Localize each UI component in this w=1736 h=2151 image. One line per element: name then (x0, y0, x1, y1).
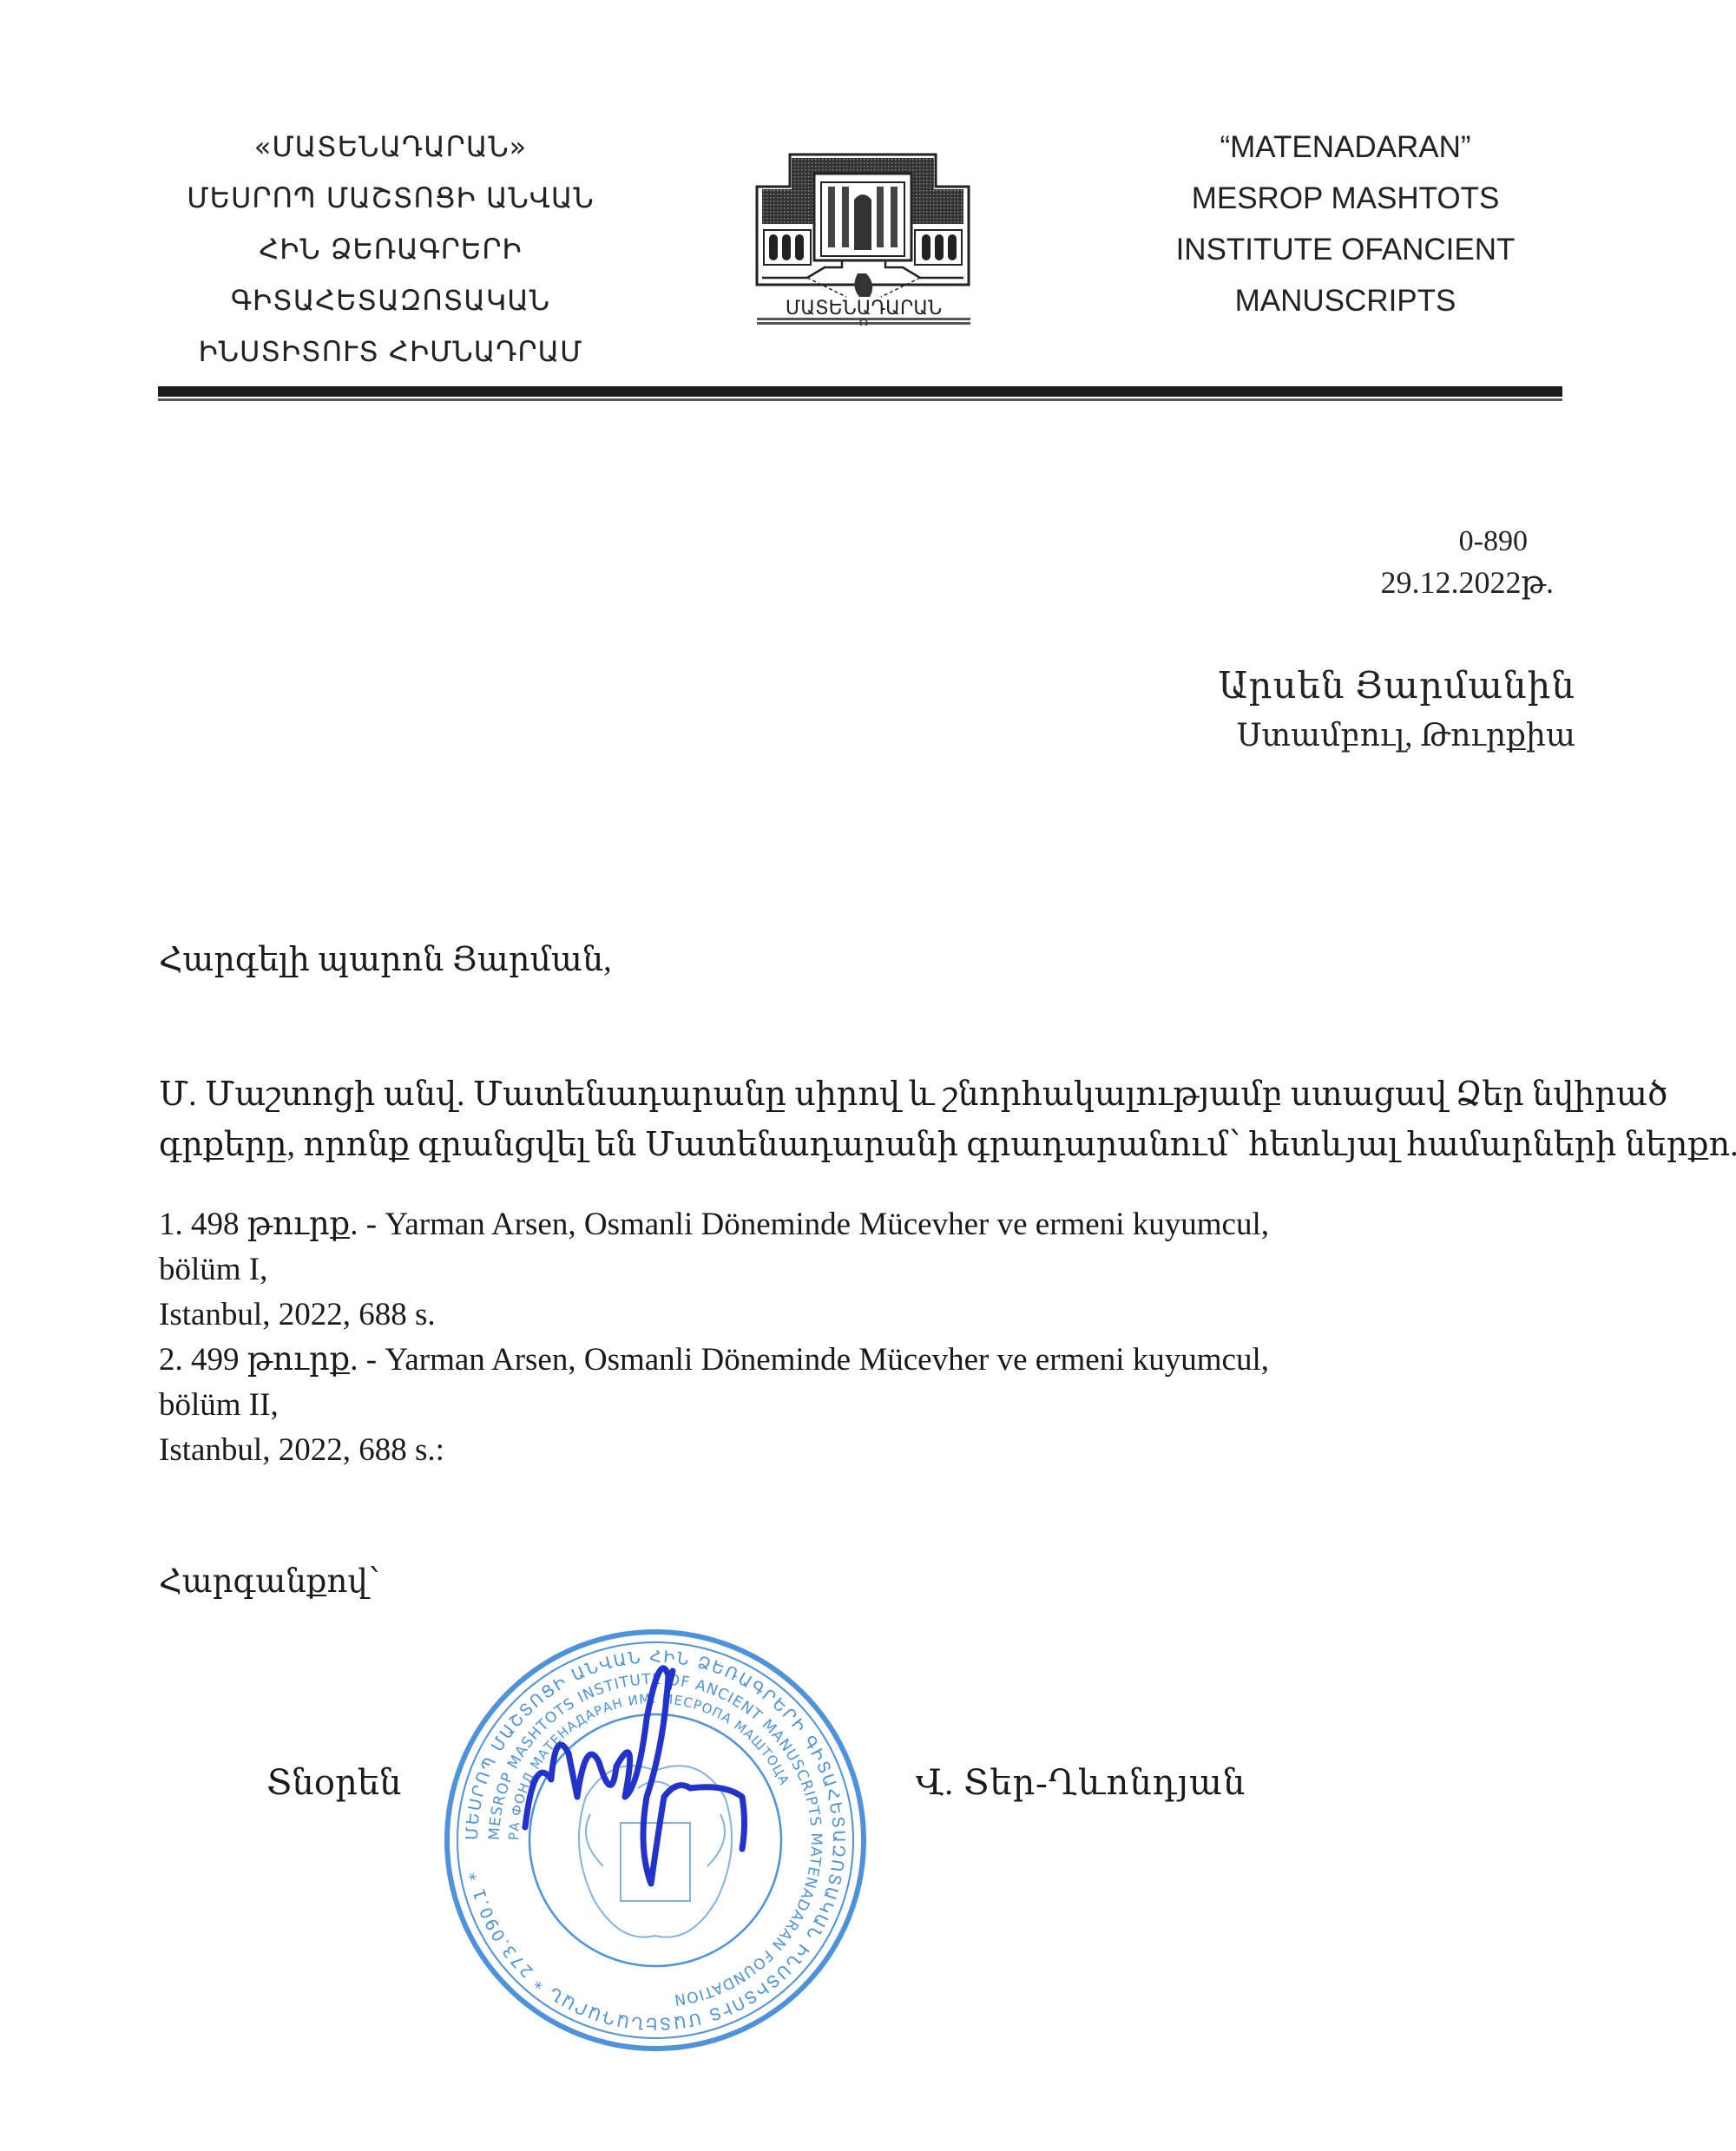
letterhead-armenian-line: ԻՆՍՏԻՏՈՒՏ ՀԻՄՆԱԴՐԱՄ (165, 326, 616, 378)
closing: Հարգանքով՝ (159, 1562, 379, 1601)
letterhead-armenian-line: ՄԵՍՐՈՊ ՄԱՇՏՈՑԻ ԱՆՎԱՆ (165, 173, 616, 224)
body-line: Մ. Մաշտոցի անվ. Մատենադարանը սիրով և շնո… (159, 1069, 1600, 1120)
greeting: Հարգելի պարոն Յարման, (159, 940, 612, 979)
recipient-name: Արսեն Յարմանին (1042, 664, 1575, 707)
letterhead-english-line: MANUSCRIPTS (1128, 275, 1562, 326)
letterhead-english-line: MESROP MASHTOTS (1128, 173, 1562, 224)
book-list: 1. 498 թուրք. - Yarman Arsen, Osmanli Dö… (159, 1202, 1269, 1473)
letterhead-english-line: “MATENADARAN” (1128, 122, 1562, 173)
letterhead-armenian-line: ԳԻՏԱՀԵՏԱԶՈՏԱԿԱՆ (165, 275, 616, 326)
book-item-1-part: bölüm I, (159, 1247, 1269, 1293)
letterhead-english-line: INSTITUTE OFANCIENT (1128, 224, 1562, 275)
recipient-location: Ստամբուլ, Թուրքիա (1042, 717, 1575, 753)
body-paragraph: Մ. Մաշտոցի անվ. Մատենադարանը սիրով և շնո… (159, 1069, 1600, 1170)
letterhead-armenian-line: «ՄԱՏԵՆԱԴԱՐԱՆ» (165, 122, 616, 173)
book-item-2-publication: Istanbul, 2022, 688 s.: (159, 1428, 1269, 1473)
matenadaran-building-icon: ՄԱՏԵՆԱԴԱՐԱՆ (755, 148, 972, 326)
letterhead-armenian: «ՄԱՏԵՆԱԴԱՐԱՆ» ՄԵՍՐՈՊ ՄԱՇՏՈՑԻ ԱՆՎԱՆ ՀԻՆ Ձ… (165, 122, 616, 378)
signatory-name: Վ. Տեր-Ղևոնդյան (916, 1762, 1246, 1803)
logo-caption: ՄԱՏԵՆԱԴԱՐԱՆ (786, 298, 942, 319)
reference-date: 29.12.2022թ. (1215, 564, 1554, 601)
official-seal-icon: ՄԵՍՐՈՊ ՄԱՇՏՈՑԻ ԱՆՎԱՆ ՀԻՆ ՁԵՌԱԳՐԵՐԻ ԳԻՏԱՀ… (438, 1623, 872, 2057)
reference-number: 0-890 (1215, 525, 1528, 558)
book-item-2-part: bölüm II, (159, 1383, 1269, 1428)
book-item-1-publication: Istanbul, 2022, 688 s. (159, 1293, 1269, 1338)
letterhead-armenian-line: ՀԻՆ ՁԵՌԱԳՐԵՐԻ (165, 224, 616, 275)
letterhead-divider (158, 386, 1562, 397)
book-item-1-title: 1. 498 թուրք. - Yarman Arsen, Osmanli Dö… (159, 1202, 1269, 1247)
letterhead-divider-thin (158, 398, 1562, 401)
book-item-2-title: 2. 499 թուրք. - Yarman Arsen, Osmanli Dö… (159, 1338, 1269, 1383)
body-line: գրքերը, որոնք գրանցվել են Մատենադարանի գ… (159, 1120, 1600, 1170)
letterhead-english: “MATENADARAN” MESROP MASHTOTS INSTITUTE … (1128, 122, 1562, 326)
signatory-title: Տնօրեն (266, 1762, 401, 1803)
